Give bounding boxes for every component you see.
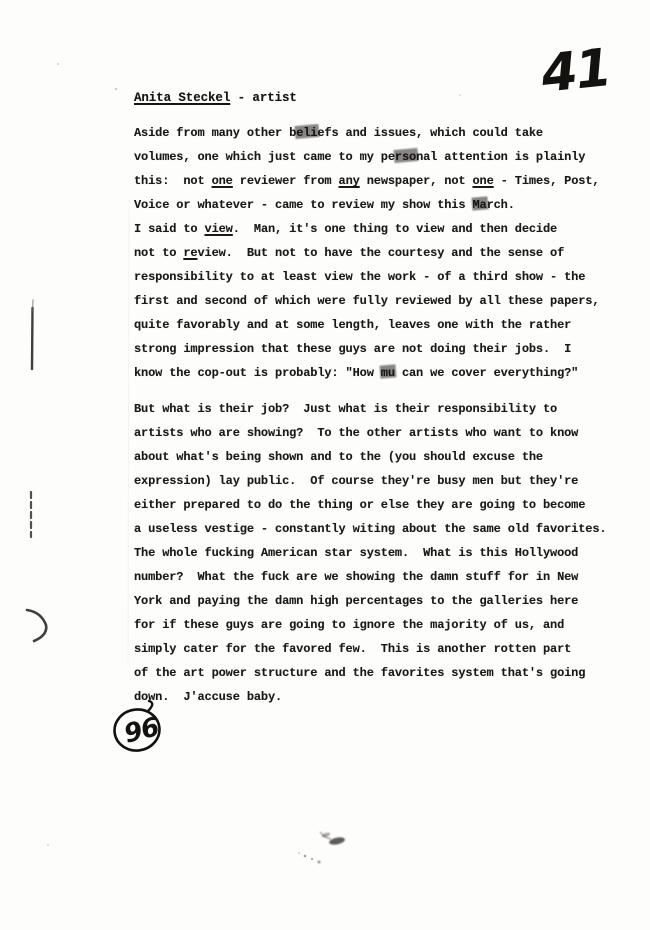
scan-fold-line — [128, 200, 129, 665]
scanned-document-page: Anita Steckel - artist Aside from many o… — [0, 0, 650, 930]
paper-specks — [47, 63, 461, 846]
margin-pen-swoosh — [27, 610, 46, 641]
margin-pen-line-solid — [32, 308, 33, 369]
margin-pen-line-solid-fade — [33, 300, 34, 312]
handwritten-page-number: 41 — [537, 38, 612, 105]
handwritten-annotation-layer: 41 96 — [0, 0, 650, 930]
scan-smudge — [298, 832, 345, 864]
circled-stamp-number: 96 — [112, 701, 163, 753]
